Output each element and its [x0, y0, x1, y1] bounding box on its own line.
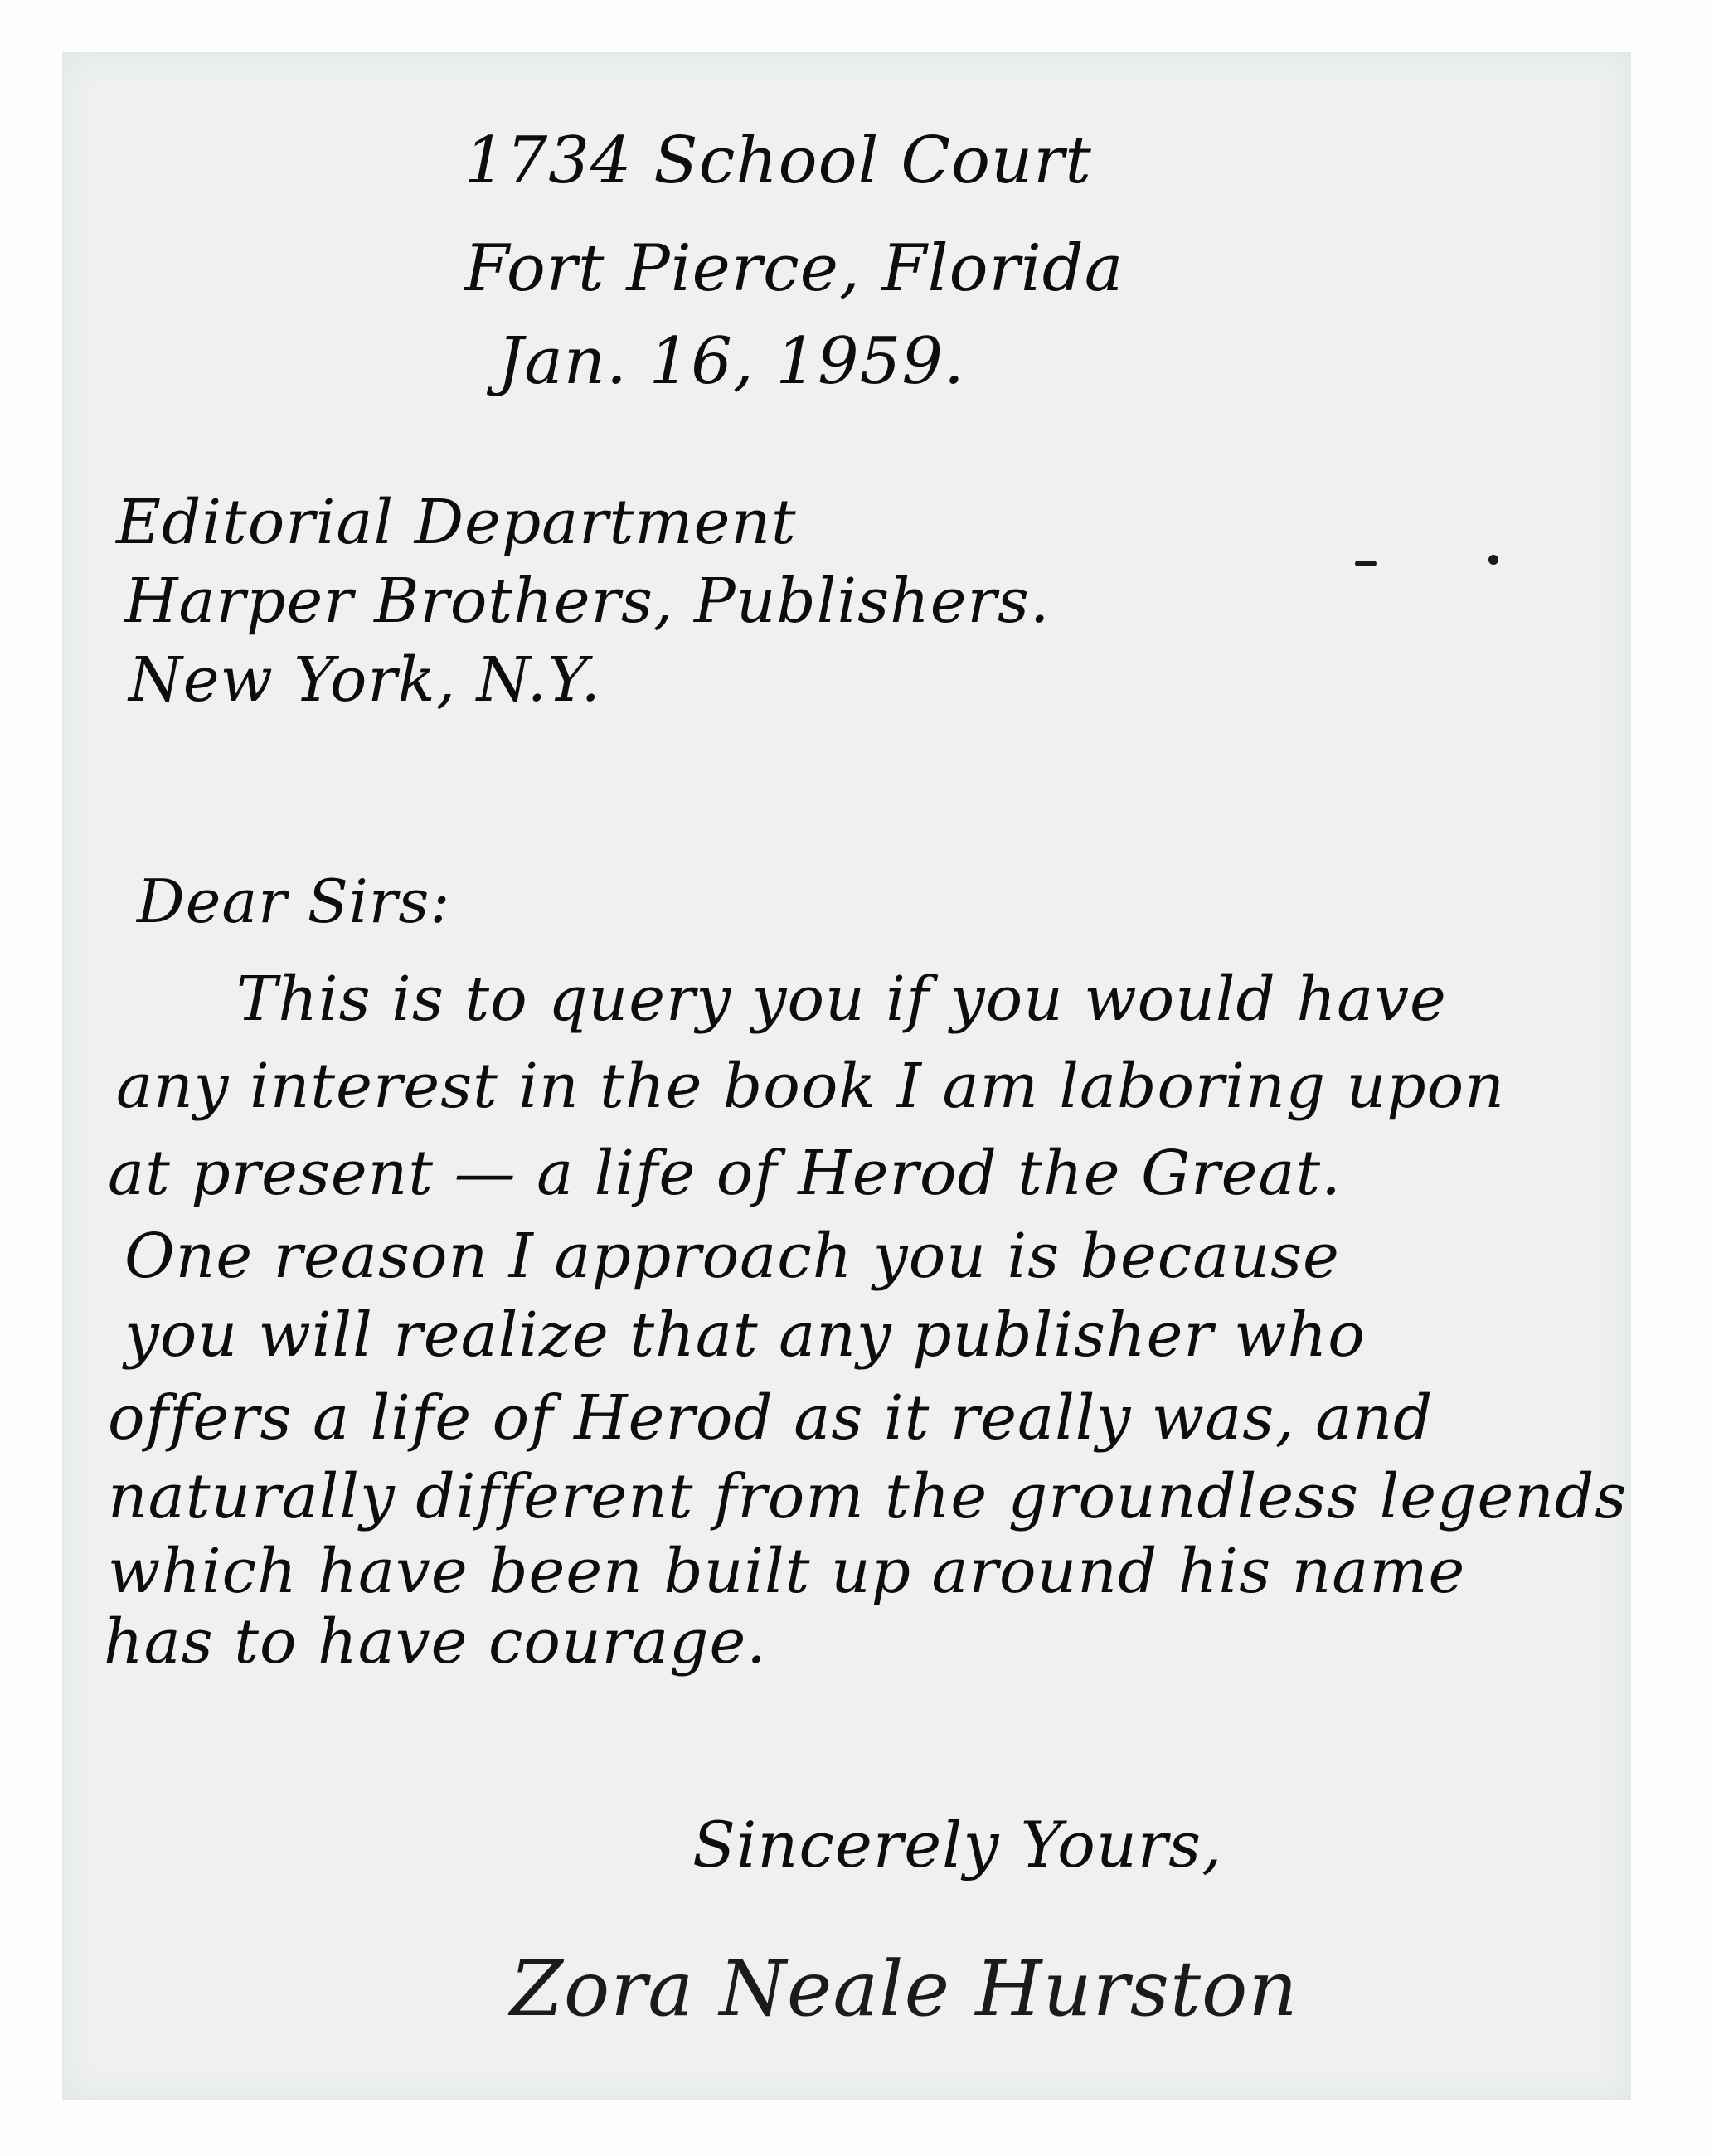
body-line: at present — a life of Herod the Great.: [108, 1136, 1342, 1211]
recipient-city: New York, N.Y.: [129, 643, 601, 717]
signature: Zora Neale Hurston: [510, 1945, 1299, 2033]
body-line: naturally different from the groundless …: [108, 1459, 1627, 1534]
body-line: which have been built up around his name: [108, 1534, 1465, 1609]
ink-dot: [1488, 555, 1498, 565]
body-line: offers a life of Herod as it really was,…: [108, 1381, 1433, 1455]
recipient-department: Editorial Department: [116, 485, 797, 560]
body-line: This is to query you if you would have: [236, 962, 1447, 1037]
letter-date: Jan. 16, 1959.: [498, 323, 965, 400]
return-address-street: 1734 School Court: [464, 123, 1092, 199]
body-line: you will realize that any publisher who: [124, 1298, 1366, 1372]
body-line: One reason I approach you is because: [124, 1219, 1340, 1294]
ink-smudge: [1355, 561, 1377, 566]
return-address-city: Fort Pierce, Florida: [464, 231, 1124, 307]
body-line: has to have courage.: [104, 1605, 767, 1679]
closing: Sincerely Yours,: [692, 1808, 1222, 1882]
body-line: any interest in the book I am laboring u…: [116, 1049, 1505, 1124]
salutation: Dear Sirs:: [137, 867, 451, 936]
recipient-company: Harper Brothers, Publishers.: [124, 564, 1050, 639]
